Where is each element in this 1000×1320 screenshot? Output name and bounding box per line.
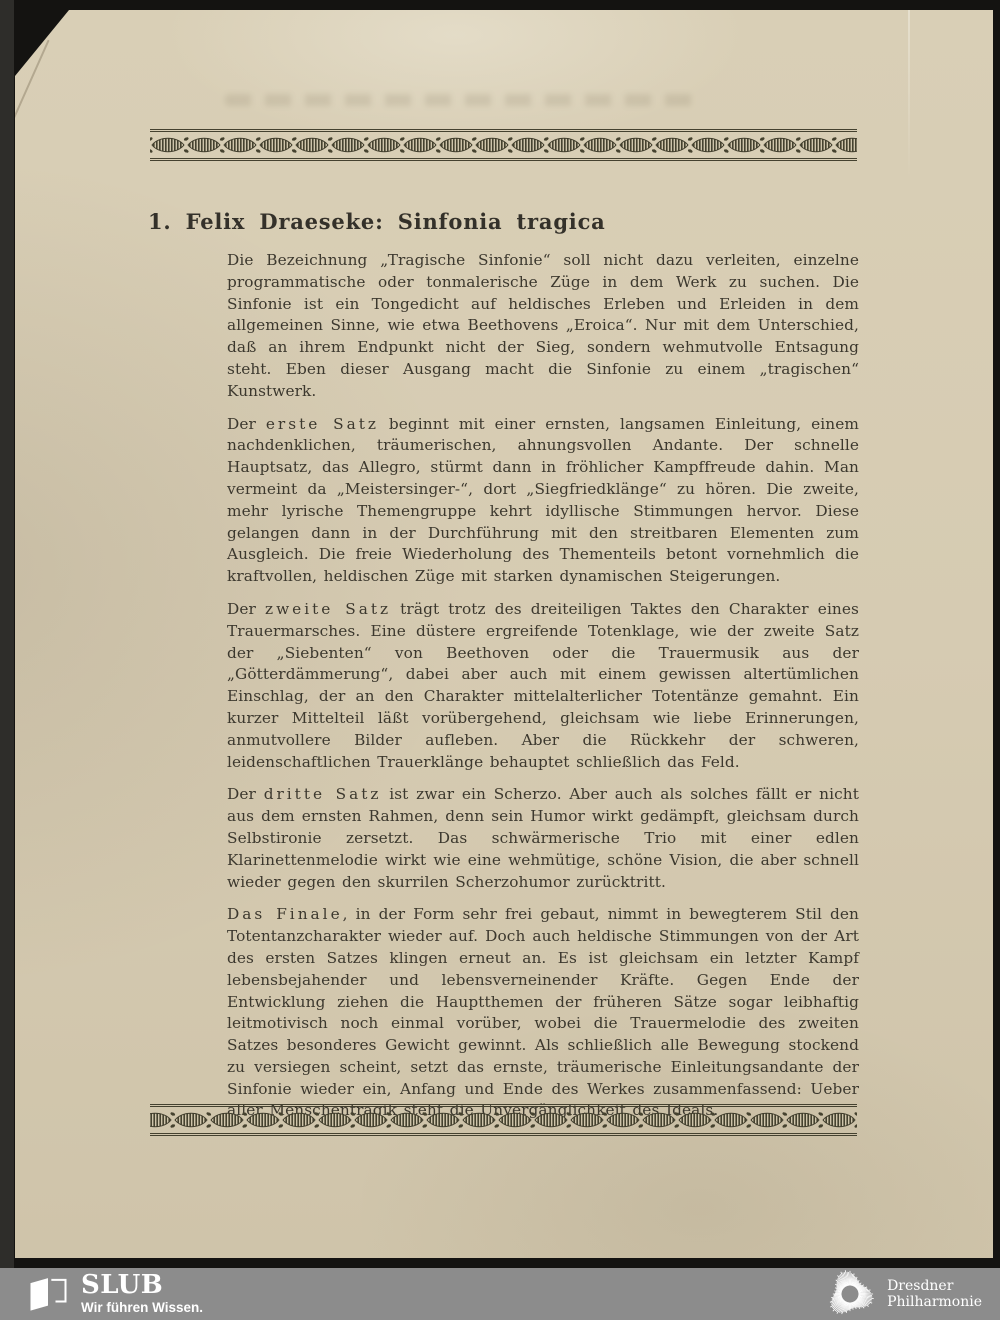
paragraph: Der dritte Satz ist zwar ein Scherzo. Ab…	[227, 784, 859, 893]
paper-fold-line	[908, 10, 910, 180]
slub-tagline: Wir führen Wissen.	[81, 1300, 203, 1316]
paragraph: Das Finale, in der Form sehr frei gebaut…	[227, 904, 859, 1122]
open-book-icon	[28, 1275, 68, 1313]
dresdner-philharmonie-logo: Dresdner Philharmonie	[823, 1268, 982, 1320]
bleedthrough-artifact	[225, 94, 705, 106]
paragraph: Der zweite Satz trägt trotz des dreiteil…	[227, 599, 859, 773]
ornament-border-top	[150, 129, 857, 161]
scan-edge-left	[0, 0, 14, 1268]
paragraph: Die Bezeichnung „Tragische Sinfonie“ sol…	[227, 250, 859, 403]
paper-crease	[10, 40, 49, 125]
scan-background: 1. Felix Draeseke: Sinfonia tragica Die …	[0, 0, 1000, 1268]
ornament-border-bottom	[150, 1104, 857, 1136]
starburst-icon	[823, 1268, 877, 1320]
page-title: 1. Felix Draeseke: Sinfonia tragica	[148, 209, 888, 234]
slub-logo: SLUB Wir führen Wissen.	[28, 1272, 203, 1316]
document-page: 1. Felix Draeseke: Sinfonia tragica Die …	[15, 10, 993, 1258]
dresdner-philharmonie-label: Dresdner Philharmonie	[887, 1278, 982, 1311]
paragraphs: Die Bezeichnung „Tragische Sinfonie“ sol…	[227, 250, 859, 1133]
paragraph: Der erste Satz beginnt mit einer ernsten…	[227, 414, 859, 588]
slub-wordmark: SLUB	[81, 1272, 203, 1298]
viewer-footer: SLUB Wir führen Wissen. Dresdner Philhar…	[0, 1268, 1000, 1320]
